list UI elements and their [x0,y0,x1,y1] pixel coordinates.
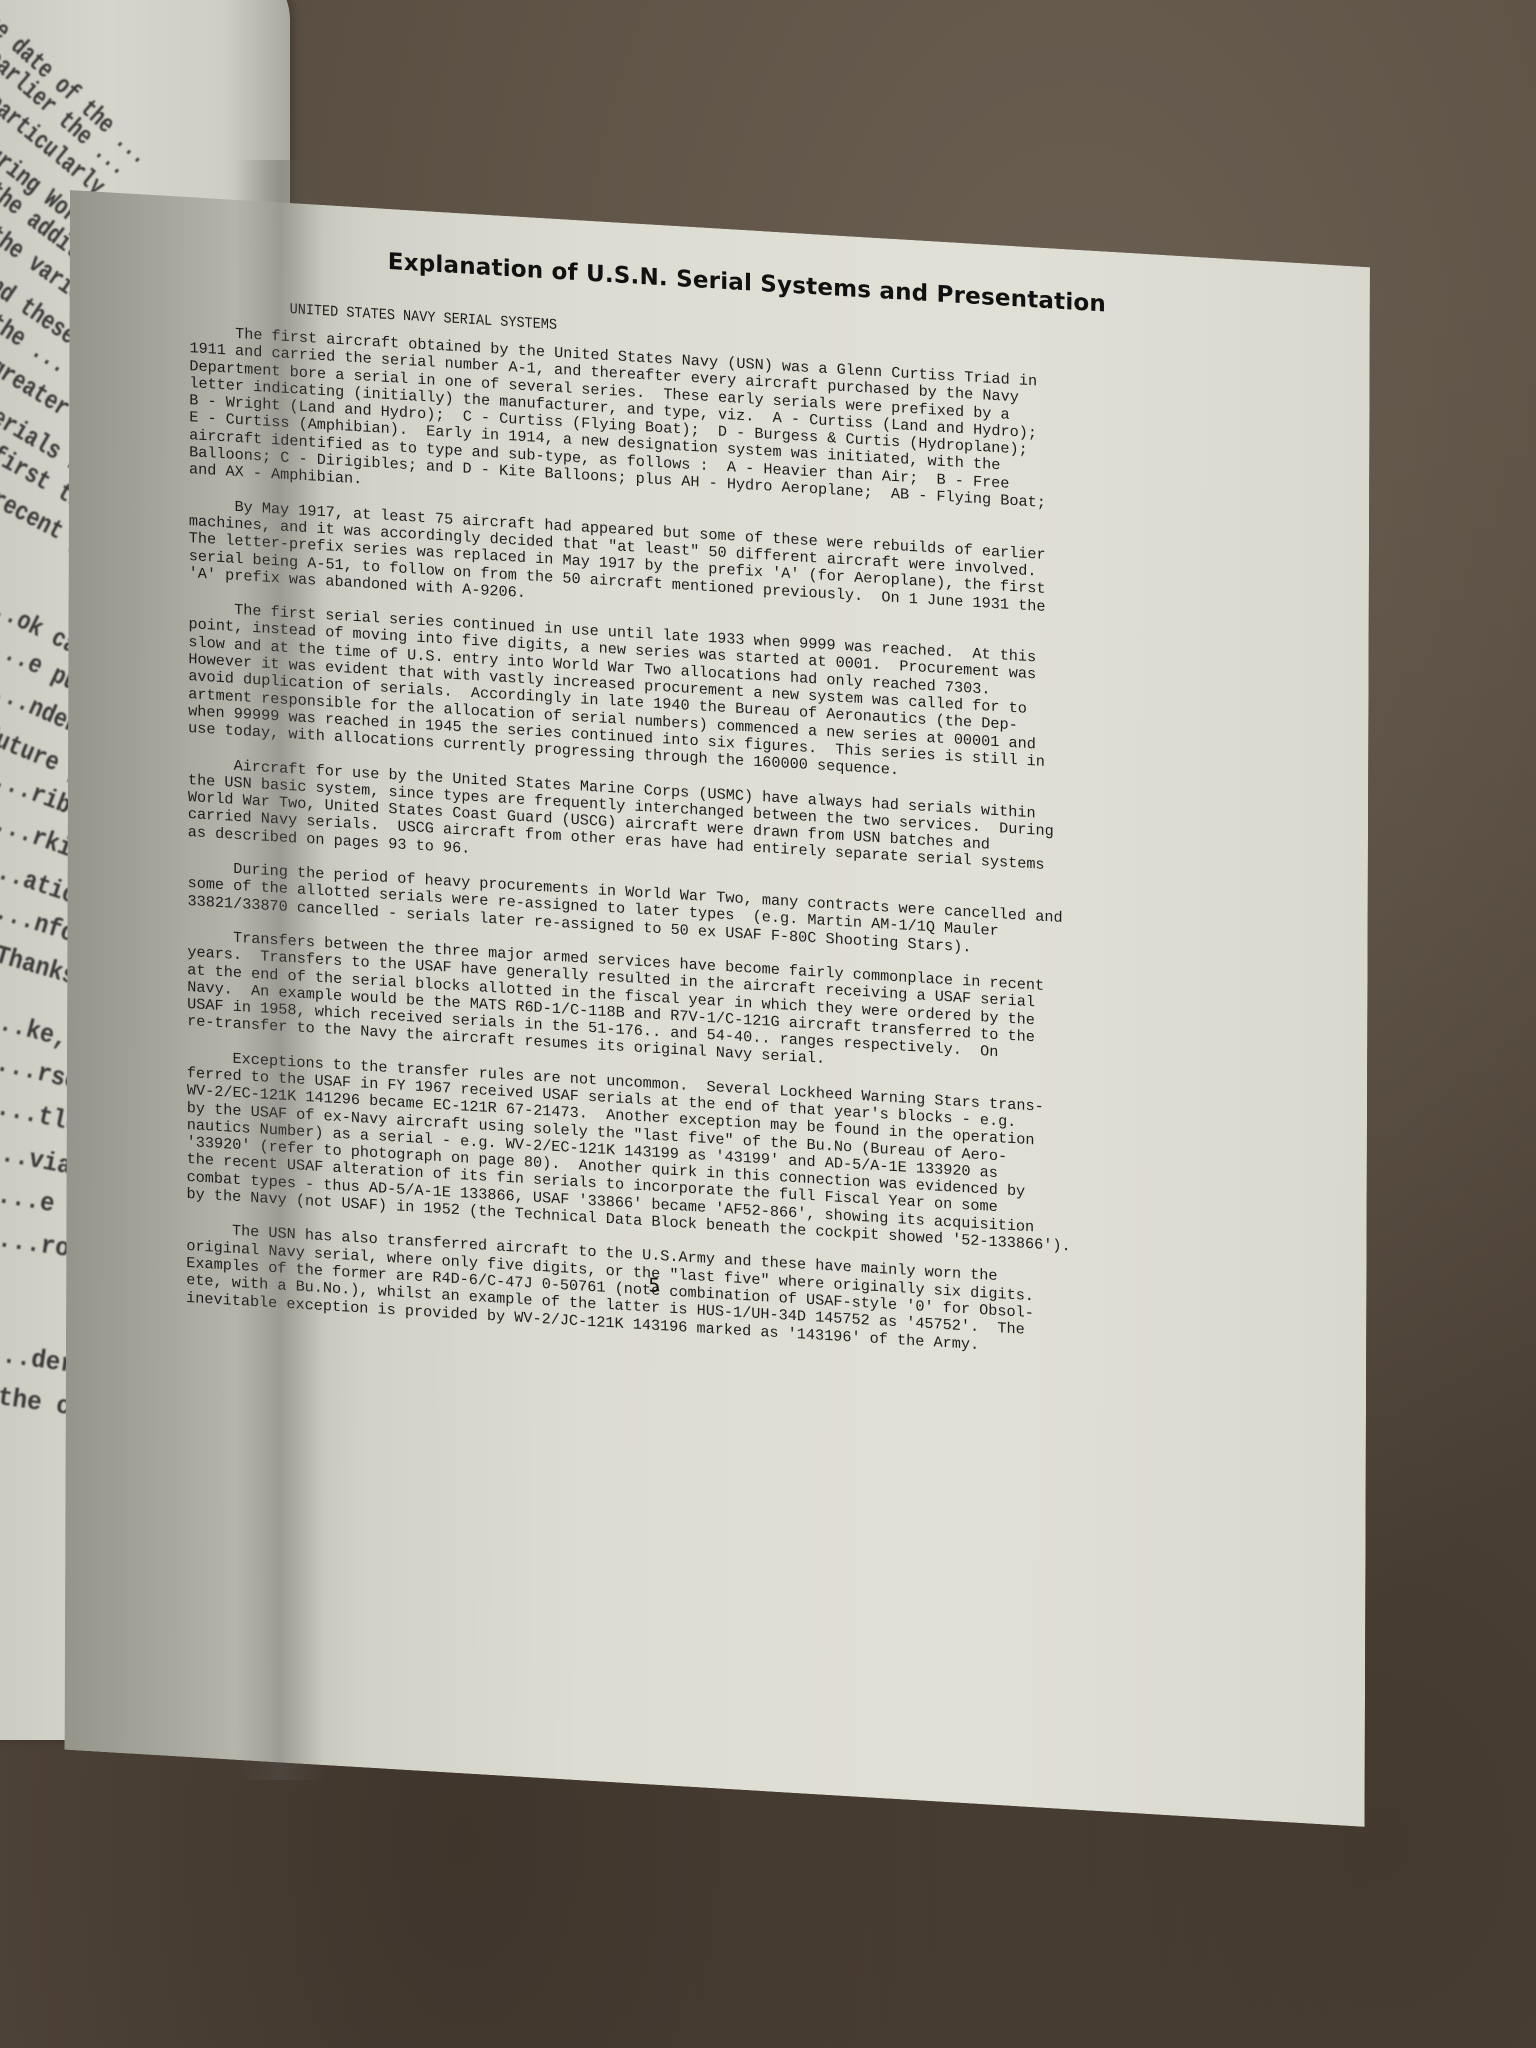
document-page: Explanation of U.S.N. Serial Systems and… [65,190,1370,1827]
section-heading: UNITED STATES NAVY SERIAL SYSTEMS [290,301,557,334]
page-number: 5 [648,1274,660,1297]
body-text: The first aircraft obtained by the Unite… [186,323,1269,1388]
page-title: Explanation of U.S.N. Serial Systems and… [388,249,1106,318]
